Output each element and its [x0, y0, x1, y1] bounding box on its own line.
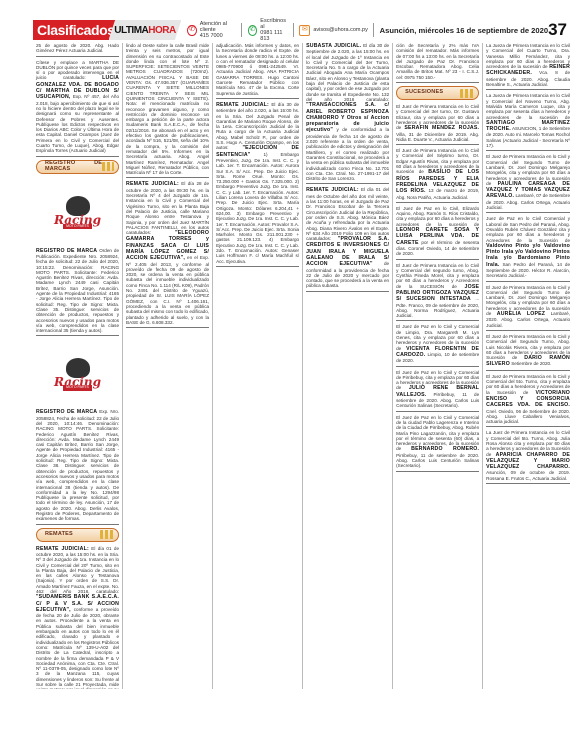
notice: El Juez de Paz en lo Civil y Comercial d…	[396, 370, 479, 412]
contact-phone-value: 415 7000	[200, 33, 223, 39]
notice: adjudicación. Más informes y datos, en l…	[216, 43, 299, 99]
notice: ción de Secretaría y 2% más IVA comisión…	[396, 43, 479, 83]
section-label: SUCESIONES	[405, 90, 443, 95]
column-3: adjudicación. Más informes y datos, en l…	[213, 43, 303, 689]
notice-text: conforme a proveído de fecha 20 de Julio…	[36, 607, 119, 689]
notice-text: Setiembre de 2020.	[511, 361, 551, 366]
notice-text: Cnel. Oviedo, 06 de Setiembre de 2020. A…	[486, 409, 570, 425]
notice: SUBASTA JUDICIAL. El día 30 de Septiembr…	[306, 43, 389, 184]
notice-text: Pirribebuy, 11 de setiembre de 2020. Abo…	[396, 453, 479, 469]
page-header: Clasificados ULTIMAHORA ✆ Atención al cl…	[33, 20, 573, 40]
notice: La Juez de Primera Instancia en lo Civil…	[486, 430, 570, 484]
gavel-icon	[100, 530, 114, 539]
column-5: ción de Secretaría y 2% más IVA comisión…	[393, 43, 483, 689]
notice-keyword: SUBASTA JUDICIAL.	[306, 43, 361, 49]
dateline: Asunción, miércoles 16 de septiembre de …	[380, 26, 548, 35]
notice-text: El día 01 de octubre 2020, a las 15:00 h…	[36, 546, 119, 594]
notice: REGISTRO DE MARCA Exp. Nro. 2058824, Fec…	[36, 409, 119, 524]
notice: El Juez de Paz en lo Civil, Elizardo Aqu…	[396, 206, 479, 260]
contact-whatsapp-label: Escríbinos al	[260, 18, 286, 30]
notice-text: lindo al Oeste sobre la calle Brasil mid…	[126, 43, 209, 175]
notice-text: 25 de agosto de 2020. Abg. Hado Giménez …	[36, 43, 119, 53]
notice: REMATE JUDICIAL: El día 01 del mes de Oc…	[306, 187, 389, 291]
notice-keyword: BERNARDO ROMERO.	[411, 446, 479, 452]
notice-text: El día 28 de octubre de 2020, a las 09:3…	[126, 181, 209, 235]
notice-text: Exp. Nº 457, del Año 2.018, bajo apercib…	[36, 94, 119, 153]
phone-icon: ✆	[187, 25, 196, 36]
notice-keyword: REMATE JUDICIAL:	[126, 181, 179, 187]
column-4: SUBASTA JUDICIAL. El día 30 de Septiembr…	[303, 43, 393, 689]
notice-text: La Jueza de Primera Instancia en lo Civi…	[486, 93, 570, 119]
notice: 25 de agosto de 2020. Abg. Hado Giménez …	[36, 43, 119, 57]
notice-text: en el Exp. Nº 2.405 del 2013, y conforme…	[126, 255, 209, 325]
column-2: lindo al Oeste sobre la calle Brasil mid…	[123, 43, 213, 689]
notice-keyword: REMATE JUDICIAL:	[216, 102, 269, 108]
notice-keyword: AURELIA LOPEZ	[497, 311, 545, 317]
notice: El Juez de Primera Instancia en lo Civil…	[486, 154, 570, 213]
notice: El Juez de Primera Instancia en lo Civil…	[486, 374, 570, 428]
notice: lindo al Oeste sobre la calle Brasil mid…	[126, 43, 209, 178]
whatsapp-icon: ✆	[248, 25, 257, 36]
notice: El Juez de Primera Instancia en lo Civil…	[396, 148, 479, 203]
notice-text: Juez de Paz en lo Civil Comercial y Labo…	[486, 216, 570, 242]
notice: El Juez de Primera Instancia en lo Civil…	[486, 285, 570, 331]
notice-keyword: SERAFIN MENDEZ ROJAS.	[404, 125, 479, 131]
page-number: 37	[548, 20, 573, 40]
notice: El Juez de Paz en lo Civil y Comercial d…	[396, 324, 479, 366]
racing-logo: Racing MOTO PARTS	[36, 339, 119, 409]
notice: El Juez de Primera Instancia en lo Civil…	[396, 263, 479, 322]
section-label: REMATES	[45, 532, 73, 537]
notice-text: adjudicación. Más informes y datos, en l…	[216, 43, 299, 96]
notice: REMATE JUDICIAL: El día 30 de setiembre …	[216, 102, 299, 267]
logo-sub: MOTO PARTS	[63, 224, 92, 229]
contact-phone-label: Atención al cliente	[200, 21, 227, 33]
notice-keyword: REGISTRO DE MARCA	[36, 409, 97, 415]
classifieds-columns: 25 de agosto de 2020. Abg. Hado Giménez …	[33, 43, 573, 689]
logo-hora: HORA	[148, 25, 175, 36]
contact-email-value: avisos@uhora.com.py	[313, 27, 368, 33]
notice-text: El Juez de Paz en lo Civil, Elizardo Aqu…	[396, 206, 479, 227]
notice-text: y de conformidad a la providencia de fec…	[306, 127, 389, 181]
notice: El Juez de Primera Instancia en lo Civil…	[486, 334, 570, 371]
notice-text: Villa, 31 de Diciembre de 2019. Abg. Nid…	[396, 132, 479, 142]
family-tree-icon	[460, 89, 474, 98]
notice: REGISTRO DE MARCA Orden de Publicación. …	[36, 248, 119, 337]
notice: El Juez de Paz en lo Civil y Comercial d…	[396, 415, 479, 472]
column-1: 25 de agosto de 2020. Abg. Hado Giménez …	[33, 43, 123, 689]
notice-text: Orden de Publicación. Expediente Nro. 20…	[36, 248, 119, 333]
column-6: La Jueza de Primera Instancia en lo Civi…	[483, 43, 573, 689]
section-label: REGISTRO DE MARCAS	[45, 161, 102, 172]
notice-keyword: APARICIA CHAPARRO DE VELAZQUEZ Y MARIO V…	[486, 452, 570, 471]
notice-text: El día 01 del mes de Octubre del año dos…	[306, 187, 389, 241]
contact-email: ✉ avisos@uhora.com.py	[299, 25, 368, 36]
divider	[293, 23, 294, 37]
notice-text: El día 30 de setiembre del año 2.020, a …	[216, 102, 299, 150]
notice-keyword: REMATE JUDICIAL:	[36, 546, 89, 552]
notice-keyword: REMATE JUDICIAL:	[306, 187, 359, 193]
logo-ultima: ULTIMA	[114, 25, 148, 36]
section-header-registro-marcas: REGISTRO DE MARCAS	[36, 160, 119, 174]
notice: REMATE JUDICIAL: El día 01 de octubre 20…	[36, 546, 119, 689]
notice-text: Asunción, 09 de octubre de 2019. Rossana…	[486, 470, 570, 480]
racing-logo: Racing MOTO PARTS	[36, 178, 119, 248]
notice: La Jueza de Primera Instancia en lo Civi…	[486, 93, 570, 151]
notice: El Juez de Primera Instancia en lo Civil…	[396, 104, 479, 145]
divider	[241, 23, 242, 37]
notice: Juez de Paz en lo Civil Comercial y Labo…	[486, 216, 570, 281]
trademark-icon	[102, 162, 114, 171]
notice-keyword: REGISTRO DE MARCA	[36, 248, 97, 254]
notice: La Jueza de Primera Instancia en lo Civi…	[486, 43, 570, 90]
divider	[373, 23, 374, 37]
notice-text: El día 30 de Septiembre de 2.020, a las …	[306, 43, 389, 102]
section-header-sucesiones: SUCESIONES	[396, 86, 479, 100]
notice: REMATE JUDICIAL: El día 28 de octubre de…	[126, 181, 209, 328]
contact-whatsapp-value: 0981 111 813	[260, 30, 282, 42]
contact-phone: ✆ Atención al cliente415 7000	[187, 21, 236, 39]
notice: Cítese y emplace a MARTHA DE DUBLÓN por …	[36, 60, 119, 157]
notice-text: San Pedro del Paraná, 14 de Septiembre d…	[486, 262, 570, 279]
section-title: Clasificados	[33, 20, 117, 40]
notice-text: Exp. Nro. 2058824, Fecha de solicitud: 2…	[36, 409, 119, 521]
notice-text: ción de Secretaría y 2% más IVA comisión…	[396, 43, 479, 80]
newspaper-logo: ULTIMAHORA	[109, 20, 182, 40]
logo-sub: MOTO PARTS	[63, 385, 92, 390]
mail-icon: ✉	[299, 25, 310, 36]
notice-text: 1) Embargo Preventivo, Juzg. De 1ra. Ins…	[216, 152, 299, 264]
section-header-remates: REMATES	[36, 528, 119, 542]
contact-whatsapp: ✆ Escríbinos al0981 111 813	[248, 18, 288, 42]
